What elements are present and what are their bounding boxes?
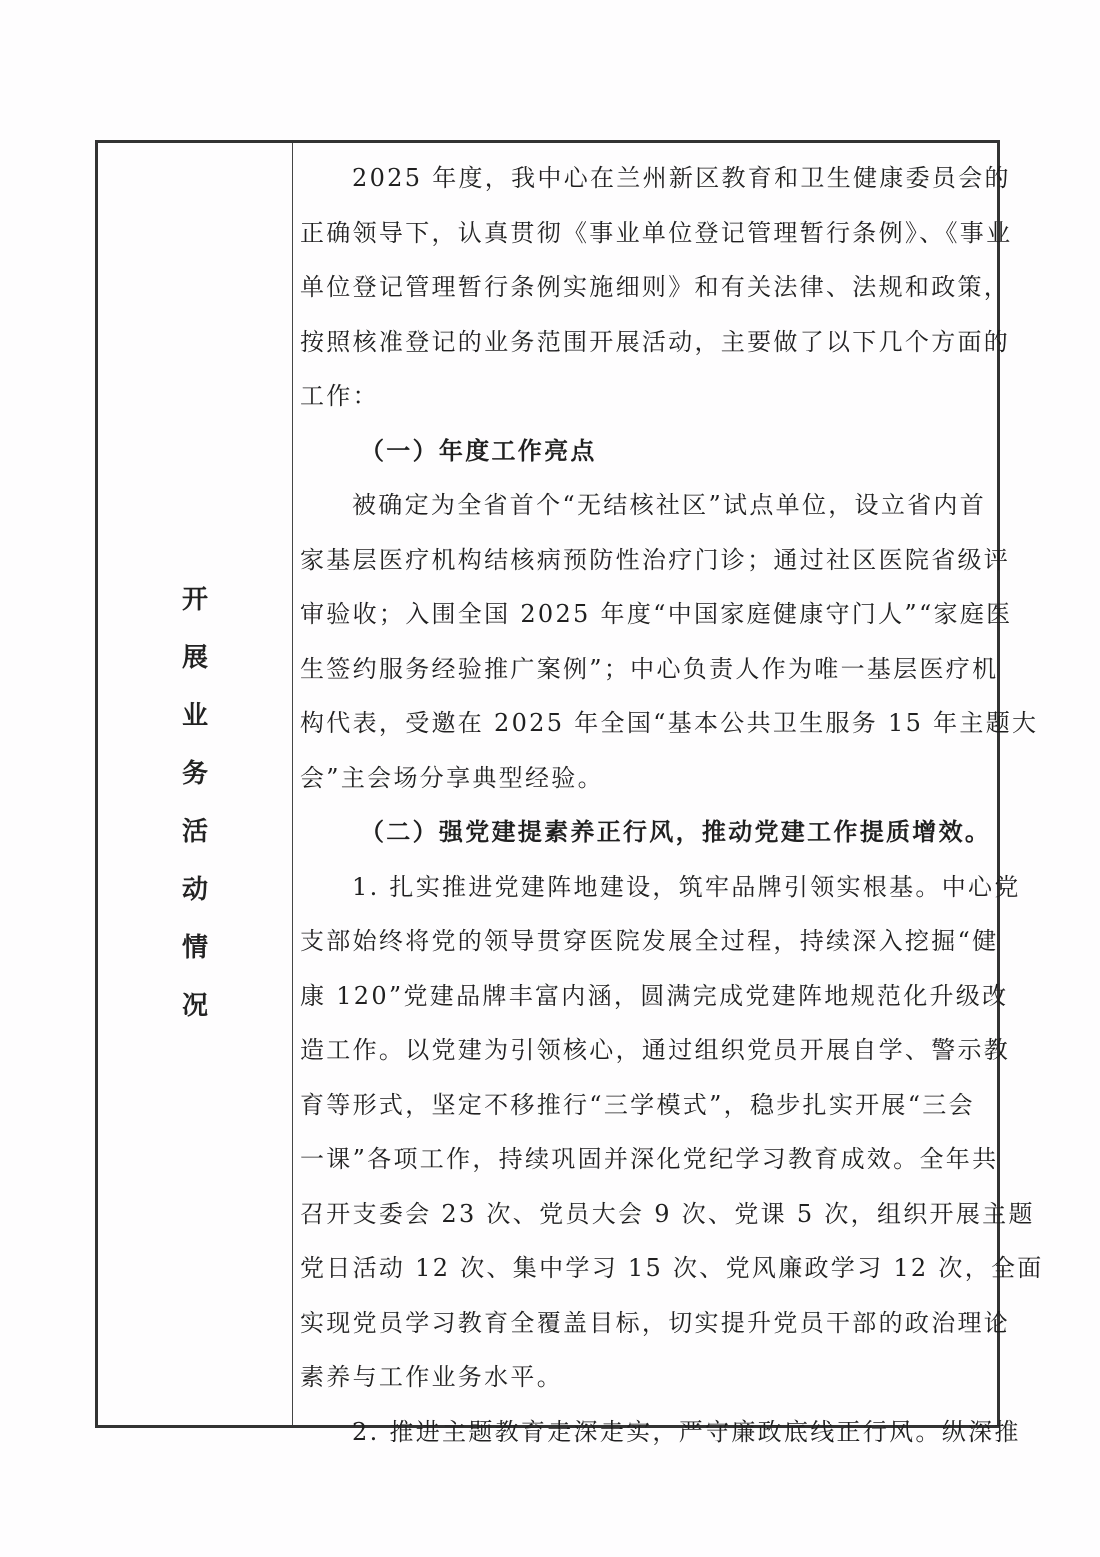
paragraph-line: 正确领导下，认真贯彻《事业单位登记管理暂行条例》、《事业 — [300, 206, 994, 261]
paragraph-line: 构代表，受邀在 2025 年全国“基本公共卫生服务 15 年主题大 — [300, 696, 994, 751]
paragraph-line: 单位登记管理暂行条例实施细则》和有关法律、法规和政策， — [300, 260, 994, 315]
content-cell: 2025 年度，我中心在兰州新区教育和卫生健康委员会的 正确领导下，认真贯彻《事… — [300, 151, 994, 1459]
row-label-char: 业 — [182, 687, 208, 745]
paragraph-line: 一课”各项工作，持续巩固并深化党纪学习教育成效。全年共 — [300, 1132, 994, 1187]
paragraph-line: 召开支委会 23 次、党员大会 9 次、党课 5 次，组织开展主题 — [300, 1187, 994, 1242]
paragraph-line: 素养与工作业务水平。 — [300, 1350, 994, 1405]
section-heading-highlights: （一）年度工作亮点 — [300, 424, 994, 479]
paragraph-line: 育等形式，坚定不移推行“三学模式”，稳步扎实开展“三会 — [300, 1078, 994, 1133]
paragraph-line: 1. 扎实推进党建阵地建设，筑牢品牌引领实根基。中心党 — [300, 860, 994, 915]
paragraph-line: 2. 推进主题教育走深走实，严守廉政底线正行风。纵深推 — [300, 1405, 994, 1460]
row-label-vertical: 开 展 业 务 活 动 情 况 — [180, 571, 210, 1035]
row-label-char: 活 — [182, 803, 208, 861]
paragraph-line: 按照核准登记的业务范围开展活动，主要做了以下几个方面的 — [300, 315, 994, 370]
paragraph-line: 被确定为全省首个“无结核社区”试点单位，设立省内首 — [300, 478, 994, 533]
paragraph-line: 2025 年度，我中心在兰州新区教育和卫生健康委员会的 — [300, 151, 994, 206]
paragraph-line: 工作： — [300, 369, 994, 424]
paragraph-line: 实现党员学习教育全覆盖目标，切实提升党员干部的政治理论 — [300, 1296, 994, 1351]
activity-report-table: 开 展 业 务 活 动 情 况 2025 年度，我中心在兰州新区教育和卫生健康委… — [95, 140, 1000, 1428]
paragraph-line: 生签约服务经验推广案例”；中心负责人作为唯一基层医疗机 — [300, 642, 994, 697]
paragraph-line: 会”主会场分享典型经验。 — [300, 751, 994, 806]
row-label-char: 务 — [182, 745, 208, 803]
paragraph-line: 支部始终将党的领导贯穿医院发展全过程，持续深入挖掘“健 — [300, 914, 994, 969]
row-label-char: 展 — [182, 629, 208, 687]
paragraph-line: 造工作。以党建为引领核心，通过组织党员开展自学、警示教 — [300, 1023, 994, 1078]
paragraph-line: 审验收；入围全国 2025 年度“中国家庭健康守门人”“家庭医 — [300, 587, 994, 642]
row-label-char: 开 — [182, 571, 208, 629]
paragraph-line: 家基层医疗机构结核病预防性治疗门诊；通过社区医院省级评 — [300, 533, 994, 588]
paragraph-line: 康 120”党建品牌丰富内涵，圆满完成党建阵地规范化升级改 — [300, 969, 994, 1024]
row-label-char: 况 — [182, 977, 208, 1035]
row-label-char: 情 — [182, 919, 208, 977]
row-label-char: 动 — [182, 861, 208, 919]
row-label-cell: 开 展 业 务 活 动 情 况 — [98, 143, 292, 1425]
paragraph-line: 党日活动 12 次、集中学习 15 次、党风廉政学习 12 次，全面 — [300, 1241, 994, 1296]
column-divider — [292, 143, 293, 1425]
section-heading-party-building: （二）强党建提素养正行风，推动党建工作提质增效。 — [300, 805, 994, 860]
